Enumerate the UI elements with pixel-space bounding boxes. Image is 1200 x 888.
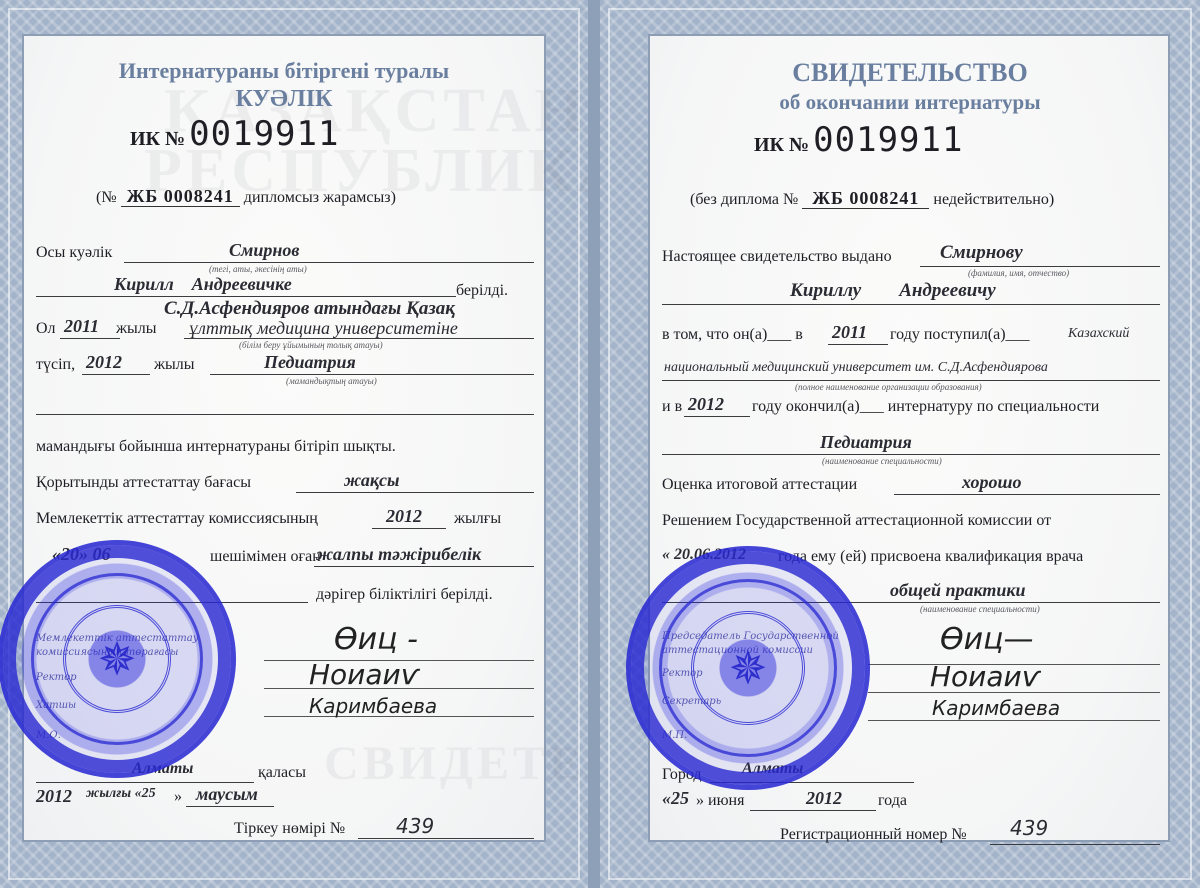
- decision-text: года ему (ей) присвоена квалификация вра…: [778, 548, 1083, 566]
- rector-signature: Ноиаиѵ: [930, 660, 1040, 693]
- specialty-caption: (мамандықтың атауы): [286, 376, 377, 386]
- reg-label: Тіркеу нөмірі №: [234, 820, 345, 838]
- institution-caption: (полное наименование организации образов…: [795, 382, 982, 392]
- completed-text: мамандығы бойынша интернатураны бітіріп …: [36, 438, 396, 456]
- enroll-prefix: в том, что он(а)___ в: [662, 326, 803, 344]
- title-line-2: об окончании интернатуры: [650, 90, 1170, 115]
- diploma-number: ЖБ 0008241: [802, 188, 929, 209]
- commission-text: Решением Государственной аттестационной …: [662, 512, 1051, 530]
- institution-caption: (білім беру ұйымының толық атауы): [239, 340, 383, 350]
- name-caption: (тегі, аты, әкесінің аты): [209, 264, 307, 274]
- diploma-reference: (без диплома № ЖБ 0008241 недействительн…: [690, 188, 1054, 209]
- grade-value: хорошо: [962, 472, 1022, 493]
- specialty-caption: (наименование специальности): [822, 456, 942, 466]
- qualification: жалпы тәжірибелік: [316, 544, 481, 565]
- issued-suffix: берілді.: [456, 282, 508, 300]
- russian-certificate-page: СВИДЕТЕЛЬСТВО об окончании интернатуры И…: [600, 0, 1200, 888]
- date-year: 2012: [36, 786, 72, 807]
- certificate-number: ИК № 0019911: [130, 114, 339, 154]
- institution-line-2: ұлттық медицина университетіне: [189, 318, 458, 339]
- kazakh-certificate-page: ҚАЗАҚСТАН РЕСПУБЛИКАСЫ СВИДЕТЕЛЬСТВО Инт…: [0, 0, 588, 888]
- certificate-number: ИК № 0019911: [754, 120, 963, 160]
- grad-year: 2012: [688, 394, 724, 415]
- title-line-1: СВИДЕТЕЛЬСТВО: [650, 58, 1170, 88]
- page-gutter: [588, 0, 600, 888]
- rector-signature: Ноиаиѵ: [309, 658, 419, 691]
- decision-text: шешімімен оған: [210, 548, 321, 566]
- grad-year-word: жылы: [154, 356, 195, 374]
- commission-year-word: жылғы: [454, 510, 501, 528]
- emblem-icon: ✵: [98, 632, 137, 686]
- title-line-1: Интернатураны бітіргені туралы: [24, 58, 544, 84]
- city-suffix: қаласы: [258, 764, 306, 782]
- enroll-suffix: году поступил(а)___: [890, 326, 1030, 344]
- chair-signature: Ѳиц—: [940, 622, 1034, 657]
- reg-number: 439: [396, 814, 434, 838]
- grad-suffix: году окончил(а)___ интернатуру по специа…: [752, 398, 1099, 416]
- entered-label: түсіп,: [36, 356, 75, 374]
- reg-number: 439: [1010, 816, 1048, 840]
- number-label: ИК №: [130, 128, 185, 150]
- first-patronymic: Кириллу Андреевичу: [790, 280, 996, 302]
- date-day: жылғы «25: [86, 786, 156, 802]
- number-value: 0019911: [189, 114, 339, 154]
- month: маусым: [196, 784, 258, 805]
- date-suffix: года: [878, 792, 907, 810]
- institution-line-1: С.Д.Асфендияров атындағы Қазақ: [164, 298, 455, 320]
- grade-value: жақсы: [344, 470, 400, 491]
- he-label: Ол: [36, 320, 56, 338]
- date-day: «25: [662, 788, 689, 809]
- number-label: ИК №: [754, 134, 809, 156]
- first-patronymic: Кирилл Андреевичке: [114, 274, 292, 295]
- date-month: » июня: [696, 792, 744, 810]
- enroll-year: 2011: [64, 316, 99, 337]
- commission-year: 2012: [386, 506, 422, 527]
- issued-label: Настоящее свидетельство выдано: [662, 248, 892, 266]
- year-word: жылы: [116, 320, 157, 338]
- issued-label: Осы куәлік: [36, 244, 112, 262]
- qualification: общей практики: [890, 580, 1026, 601]
- reg-label: Регистрационный номер №: [780, 826, 967, 844]
- enroll-year: 2011: [832, 322, 867, 343]
- institution-line-1: Казахский: [1068, 326, 1129, 342]
- grad-year: 2012: [86, 352, 122, 373]
- grade-label: Қорытынды аттестаттау бағасы: [36, 474, 251, 492]
- name-caption: (фамилия, имя, отчество): [968, 268, 1069, 278]
- chair-signature: Ѳиц -: [334, 622, 418, 657]
- specialty: Педиатрия: [264, 352, 356, 373]
- specialty: Педиатрия: [820, 432, 912, 453]
- qualification-caption: (наименование специальности): [920, 604, 1040, 614]
- title-line-2: КУӘЛІК: [24, 86, 544, 113]
- grade-label: Оценка итоговой аттестации: [662, 476, 857, 494]
- secretary-signature: Каримбаева: [309, 694, 437, 718]
- surname: Смирнову: [940, 242, 1023, 264]
- official-seal: ✵: [0, 540, 236, 778]
- date-year: 2012: [806, 788, 842, 809]
- qualification-suffix: дәрігер біліктілігі берілді.: [316, 586, 493, 604]
- grad-prefix: и в: [662, 398, 682, 416]
- diploma-reference: (№ ЖБ 0008241 дипломсыз жарамсыз): [96, 186, 396, 207]
- commission-label: Мемлекеттік аттестаттау комиссиясының: [36, 510, 318, 528]
- institution-line-2: национальный медицинский университет им.…: [664, 360, 1048, 376]
- diploma-number: ЖБ 0008241: [121, 186, 240, 207]
- official-seal: ✵: [626, 546, 870, 790]
- surname: Смирнов: [229, 240, 299, 261]
- emblem-icon: ✵: [729, 641, 768, 695]
- secretary-signature: Каримбаева: [932, 696, 1060, 720]
- number-value: 0019911: [813, 120, 963, 160]
